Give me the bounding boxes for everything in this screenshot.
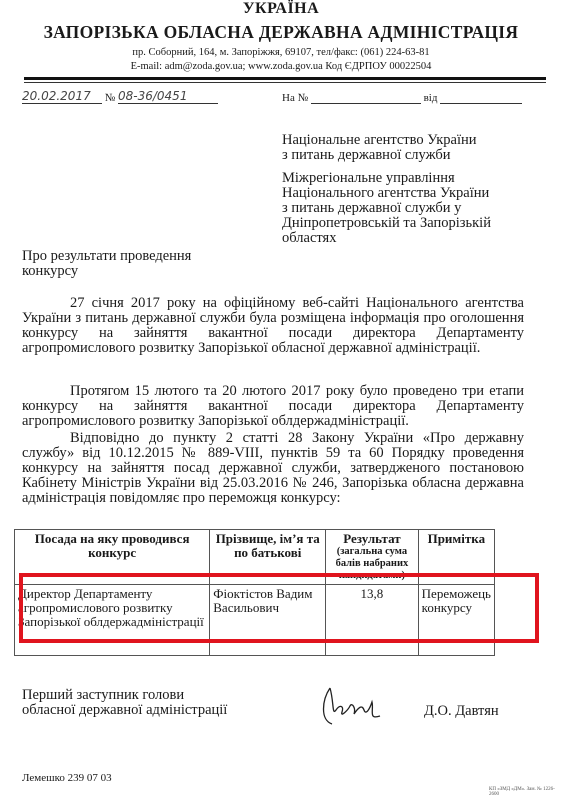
reply-reference-line: На № від — [282, 89, 522, 104]
registration-date: 20.02.2017 — [22, 89, 102, 104]
registration-number: 08-36/0451 — [118, 89, 218, 104]
from-date-field — [440, 89, 522, 104]
body-paragraph-3: Відповідно до пункту 2 статті 28 Закону … — [22, 431, 524, 506]
letterhead-divider-thin — [24, 82, 546, 83]
addressee-line: Національного агентства України — [282, 186, 491, 201]
letter-subject: Про результати проведення конкурсу — [22, 249, 191, 279]
addressee-line: Національне агентство України — [282, 133, 477, 148]
letterhead-contacts: E-mail: adm@zoda.gov.ua; www.zoda.gov.ua… — [0, 61, 562, 72]
winner-row-highlight — [19, 573, 539, 643]
signatory-title: Перший заступник голови обласної державн… — [22, 688, 227, 718]
addressee-line: з питань державної служби — [282, 148, 477, 163]
subject-line: Про результати проведення — [22, 249, 191, 264]
print-mark: КП «ЗМД «ДМ». Зам. № 1226-2600 — [489, 787, 562, 797]
registration-number-label: № — [105, 92, 116, 104]
handwritten-signature-icon — [318, 680, 388, 730]
registration-line: 20.02.2017 № 08-36/0451 — [22, 89, 218, 104]
addressee-block-2: Міжрегіональне управління Національного … — [282, 171, 491, 246]
addressee-line: областях — [282, 231, 491, 246]
executor-contact: Лемешко 239 07 03 — [22, 772, 112, 784]
subject-line: конкурсу — [22, 264, 191, 279]
letterhead-organization: ЗАПОРІЗЬКА ОБЛАСНА ДЕРЖАВНА АДМІНІСТРАЦІ… — [0, 22, 562, 43]
addressee-line: Дніпропетровській та Запорізькій — [282, 216, 491, 231]
letterhead-address: пр. Соборний, 164, м. Запоріжжя, 69107, … — [0, 47, 562, 58]
letterhead-divider-thick — [24, 77, 546, 80]
addressee-line: з питань державної служби у — [282, 201, 491, 216]
body-paragraph-1: 27 січня 2017 року на офіційному веб-сай… — [22, 296, 524, 356]
reply-to-label: На № — [282, 92, 308, 104]
from-label: від — [424, 92, 438, 104]
letterhead-country: УКРАЇНА — [0, 0, 562, 18]
addressee-line: Міжрегіональне управління — [282, 171, 491, 186]
reply-to-number-field — [311, 89, 421, 104]
signatory-name: Д.О. Давтян — [424, 703, 499, 720]
addressee-block-1: Національне агентство України з питань д… — [282, 133, 477, 163]
body-paragraph-2: Протягом 15 лютого та 20 лютого 2017 рок… — [22, 384, 524, 429]
